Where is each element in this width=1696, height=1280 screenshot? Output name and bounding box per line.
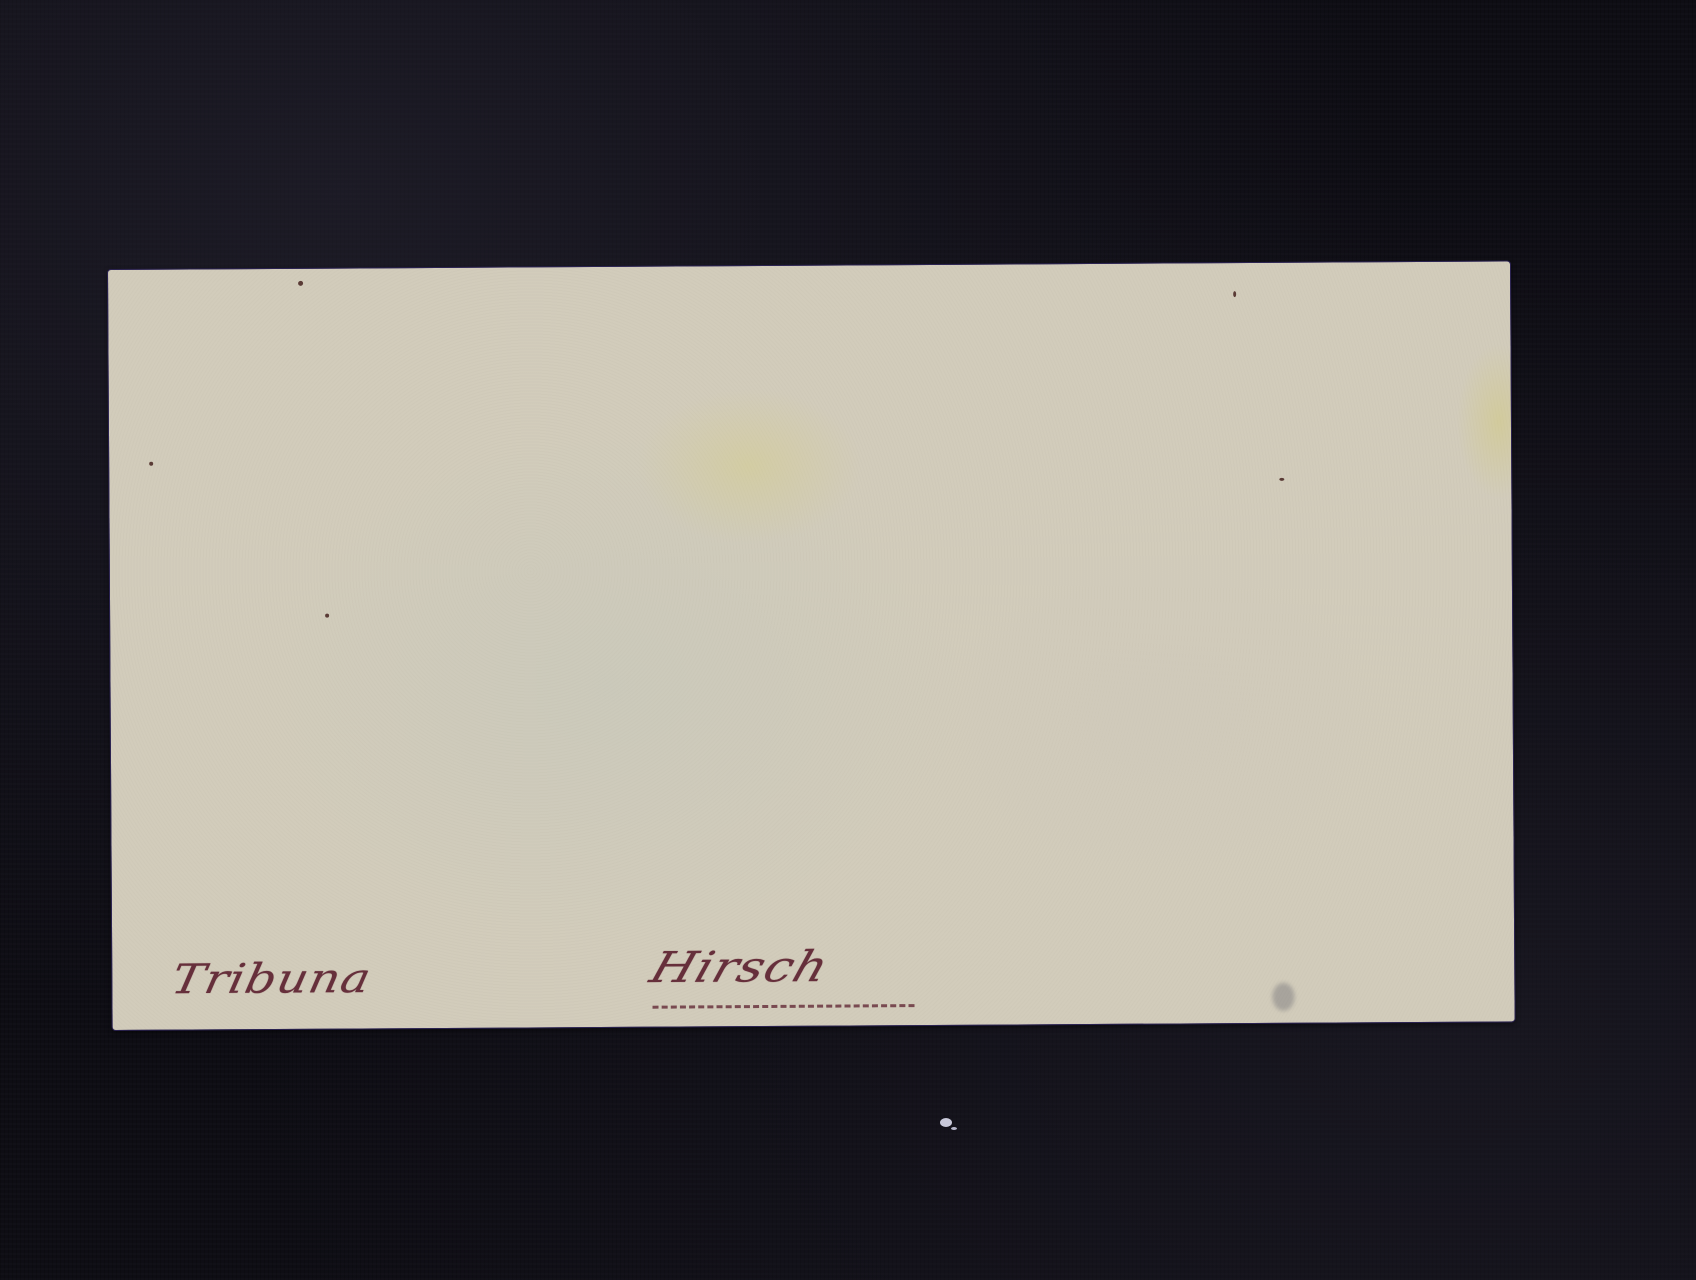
ink-speck xyxy=(1279,478,1284,481)
ink-speck xyxy=(325,614,329,618)
dust-speck xyxy=(940,1118,952,1127)
smudge-mark xyxy=(1272,983,1294,1011)
ink-speck xyxy=(1233,291,1236,297)
photo-scene: Tribuna Hirsch Reverse side of a stamp-s… xyxy=(0,0,1696,1280)
ink-speck xyxy=(149,462,153,466)
signature-tribuna: Tribuna xyxy=(167,955,375,1004)
ink-speck xyxy=(298,281,303,286)
signature-underline xyxy=(653,1004,915,1009)
signature-hirsch: Hirsch xyxy=(644,942,835,992)
stamp-paper: Tribuna Hirsch xyxy=(108,261,1515,1030)
